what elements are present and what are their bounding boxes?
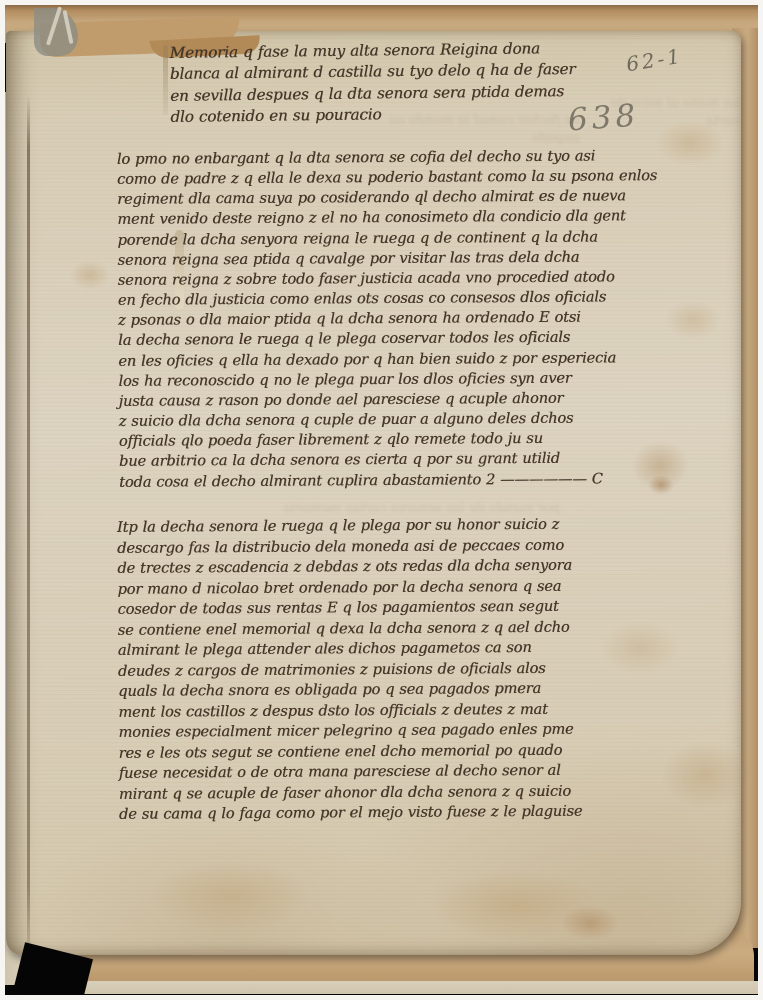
stain (150, 860, 310, 930)
lower-page-strip (55, 981, 763, 994)
text-line: toda cosa el decho almirant cuplira abas… (119, 469, 653, 493)
pencil-archive-number: 638 (567, 98, 641, 139)
stain (660, 740, 750, 810)
text-line: z suicio dla dcha senora q cuple de puar… (119, 408, 653, 432)
text-line: de su cama q lo faga como por el mejo vi… (119, 801, 657, 825)
paragraph-1: lo pmo no enbargant q la dta senora se c… (117, 146, 653, 492)
stain (70, 260, 110, 290)
paper-crease (163, 45, 168, 115)
text-line: z psonas o dla maior ptida q la dcha sen… (118, 307, 652, 331)
gutter-fold-line (27, 95, 30, 975)
stain (665, 300, 721, 340)
text-line: en les oficies q ella ha dexado por q ha… (118, 348, 652, 372)
manuscript-photo: un mano al mico de carta en fechor cunad… (0, 0, 763, 1000)
stain (560, 905, 620, 941)
paragraph-2: Itp la decha senora le ruega q le plega … (117, 514, 657, 825)
